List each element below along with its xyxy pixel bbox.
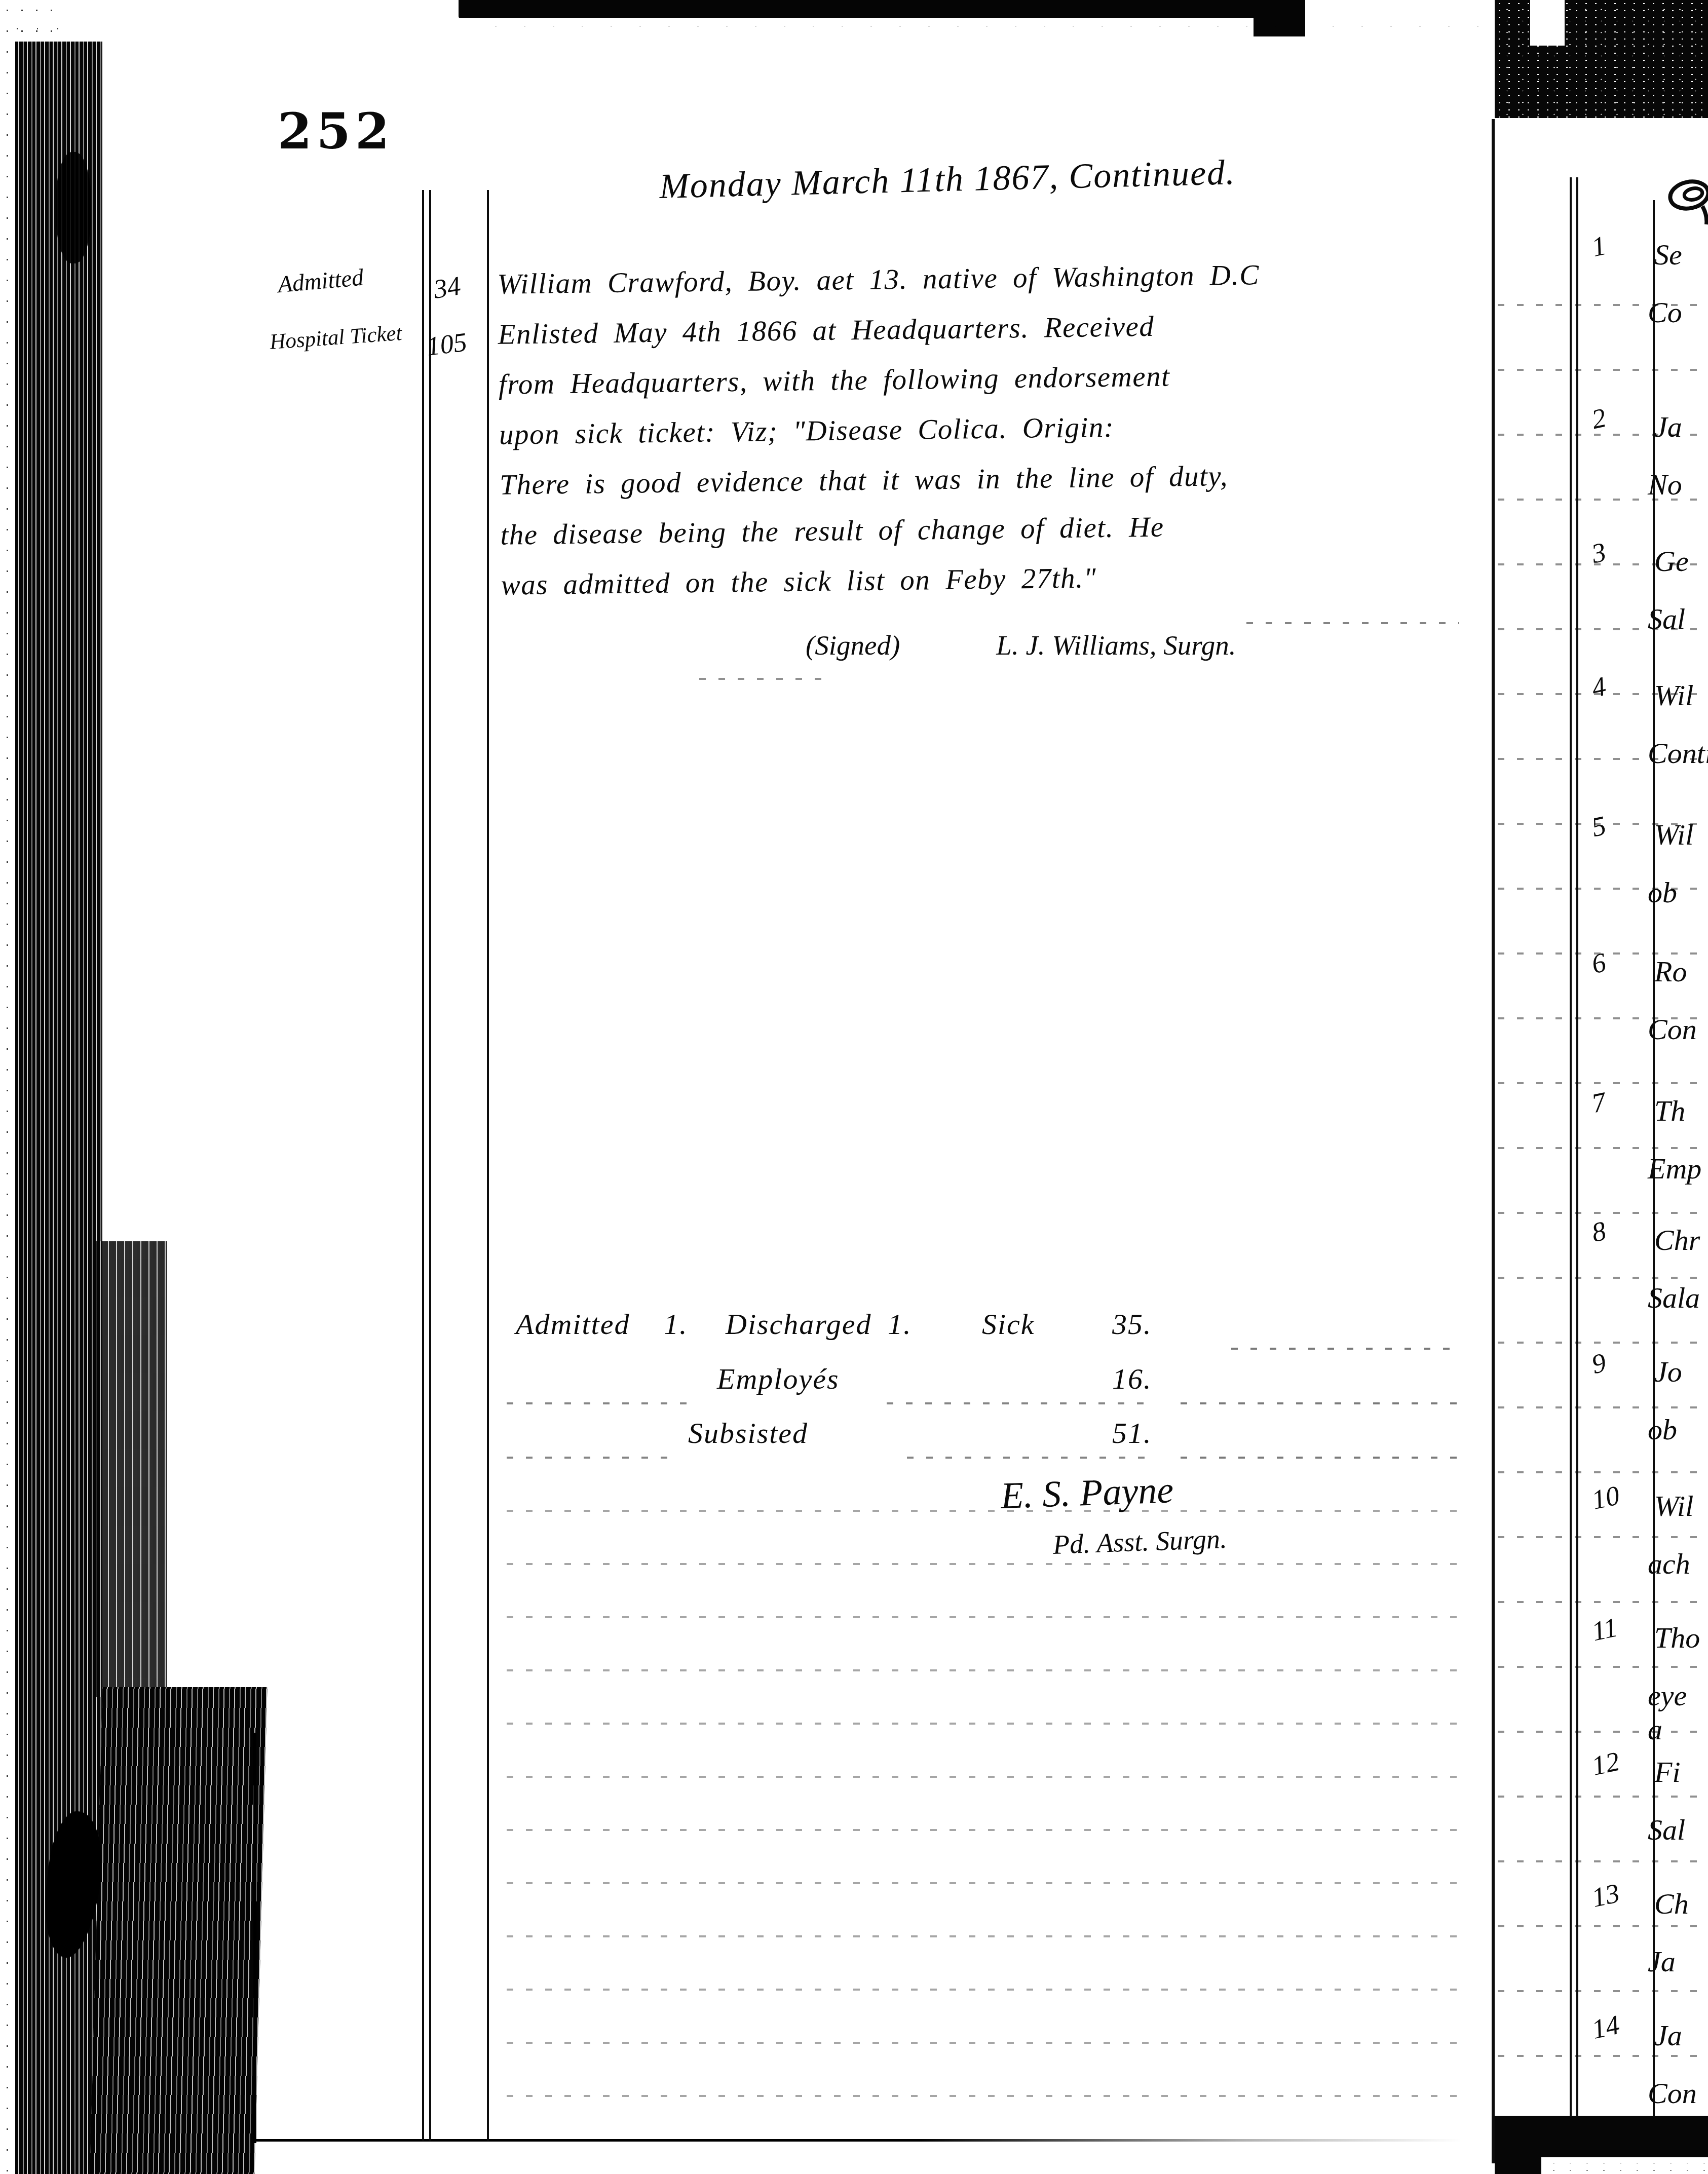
summary-subsisted-value: 51.: [1112, 1416, 1152, 1450]
scan-corner-notch: [1530, 0, 1565, 46]
entry-line1-fragment: Th: [1654, 1094, 1685, 1128]
margin-note-admitted: Admitted: [277, 264, 365, 299]
dotted-rule-line: [1498, 1536, 1708, 1538]
book-page-edges-mid: [96, 1241, 167, 1697]
dotted-rule-line: [1498, 369, 1708, 371]
dotted-rule-line: [1231, 1348, 1459, 1350]
facing-page-entry: 12 Fi Sal: [1571, 1748, 1708, 1870]
dotted-rule-line: [1498, 952, 1708, 955]
dotted-rule-line: [507, 1669, 1459, 1671]
entry-line2-fragment: Emp: [1648, 1152, 1701, 1186]
entry-line2-fragment: Ja: [1648, 1944, 1676, 1978]
scan-border-bottom-strip: [1495, 2157, 1541, 2174]
entry-line1-fragment: Tho: [1654, 1621, 1700, 1655]
dotted-rule-line: [1498, 1796, 1708, 1798]
entry-number: 9: [1589, 1347, 1609, 1380]
heading-flourish-glyph: [1667, 175, 1708, 225]
scan-border-corner: [1495, 0, 1708, 118]
dotted-rule-line: [1498, 1082, 1708, 1084]
entry-line1-fragment: Chr: [1654, 1223, 1700, 1257]
summary-discharged-value: 1.: [888, 1307, 912, 1341]
hospital-ticket-number-top: 34: [432, 271, 463, 305]
entry-number: 6: [1589, 946, 1609, 980]
summary-employes-value: 16.: [1112, 1362, 1152, 1396]
summary-discharged-label: Discharged: [726, 1307, 871, 1341]
dotted-rule-line: [507, 1510, 1459, 1512]
dotted-rule-line: [907, 1457, 1150, 1459]
dotted-rule-line: [1498, 1406, 1708, 1408]
dotted-rule-line: [507, 1776, 1459, 1778]
left-page-rule-2: [429, 190, 431, 2141]
entry-number: 13: [1589, 1877, 1622, 1914]
entry-line1-fragment: Ja: [1654, 2018, 1682, 2052]
scan-noise-bottom: [1545, 2159, 1707, 2171]
entry-line2-fragment: Conti: [1648, 736, 1708, 770]
entry-line2-fragment: eye a: [1648, 1679, 1708, 1746]
facing-page-entry: 10 Wil ach: [1571, 1482, 1708, 1604]
page-number: 252: [278, 102, 394, 160]
entry-line2-fragment: ach: [1648, 1547, 1690, 1581]
facing-page-entry: 11 Tho eye a: [1571, 1614, 1708, 1735]
left-page-rule-1: [422, 190, 424, 2141]
facing-page-entry: 4 Wil Conti: [1571, 671, 1708, 793]
signed-prefix: (Signed): [806, 630, 900, 661]
ledger-scan: 252 Monday March 11th 1867, Continued. A…: [0, 0, 1708, 2174]
entry-number: 10: [1589, 1479, 1622, 1516]
dotted-rule-line: [507, 1989, 1459, 1991]
summary-employes-label: Employés: [717, 1362, 840, 1396]
summary-admitted-label: Admitted: [516, 1307, 630, 1341]
entry-line1-fragment: Ge: [1654, 544, 1689, 578]
right-page-edge-line: [1492, 119, 1495, 2163]
entry-line2-fragment: ob: [1648, 875, 1677, 909]
entry-line1-fragment: Wil: [1654, 678, 1693, 712]
dotted-rule-line: [507, 1402, 699, 1404]
entry-number: 12: [1589, 1745, 1622, 1782]
entry-line2-fragment: Co: [1648, 295, 1682, 329]
entry-line1-fragment: Ja: [1654, 410, 1682, 444]
dotted-rule-line: [1498, 304, 1708, 306]
dotted-rule-line: [1246, 622, 1459, 624]
patient-entry-text: William Crawford, Boy. aet 13. native of…: [497, 247, 1474, 610]
entry-line2-fragment: Con: [1648, 2076, 1697, 2110]
dotted-rule-line: [1498, 1601, 1708, 1603]
dotted-rule-line: [1498, 888, 1708, 890]
entry-line1-fragment: Ro: [1654, 955, 1687, 988]
dotted-rule-line: [1498, 1925, 1708, 1927]
signed-line: (Signed)L. J. Williams, Surgn.: [806, 629, 1236, 661]
entry-line2-fragment: Sala: [1648, 1281, 1700, 1315]
dotted-rule-line: [1498, 1017, 1708, 1019]
entry-number: 1: [1589, 230, 1609, 263]
dotted-rule-line: [1498, 1990, 1708, 1992]
dotted-rule-line: [1498, 1342, 1708, 1344]
dotted-rule-line: [507, 2042, 1459, 2044]
facing-page-entry: 1 Se Co: [1571, 231, 1708, 352]
entry-number: 11: [1589, 1611, 1620, 1647]
officer-signature-title: Pd. Asst. Surgn.: [1052, 1523, 1228, 1560]
summary-admitted-value: 1.: [664, 1307, 688, 1341]
dotted-rule-line: [1498, 758, 1708, 760]
dotted-rule-line: [507, 1563, 1459, 1565]
entry-line1-fragment: Wil: [1654, 1489, 1693, 1523]
facing-page-entry: 3 Ge Sal: [1571, 537, 1708, 659]
dotted-rule-line: [507, 1829, 1459, 1831]
entry-number: 4: [1589, 670, 1609, 704]
left-page-edge-line: [253, 1733, 256, 2143]
dotted-rule-line: [699, 678, 831, 680]
dotted-rule-line: [1498, 693, 1708, 695]
summary-subsisted-label: Subsisted: [688, 1416, 808, 1450]
dotted-rule-line: [1498, 1471, 1708, 1473]
dotted-rule-line: [1498, 823, 1708, 825]
dotted-rule-line: [1498, 499, 1708, 501]
dotted-rule-line: [1498, 563, 1708, 565]
dotted-rule-line: [507, 2095, 1459, 2097]
dotted-rule-line: [1498, 1212, 1708, 1214]
entry-number: 7: [1589, 1086, 1609, 1119]
entry-number: 2: [1589, 402, 1609, 435]
summary-sick-label: Sick: [982, 1307, 1035, 1341]
entry-line2-fragment: Sal: [1648, 602, 1685, 636]
dotted-rule-line: [1498, 1731, 1708, 1733]
surgeon-signature: L. J. Williams, Surgn.: [996, 630, 1236, 661]
dotted-rule-line: [507, 1935, 1459, 1937]
book-page-edges-bottom: [90, 1687, 267, 2174]
facing-page-entry: 14 Ja Con: [1571, 2011, 1708, 2133]
dotted-rule-line: [1181, 1402, 1459, 1404]
date-heading: Monday March 11th 1867, Continued.: [511, 149, 1383, 211]
dotted-rule-line: [507, 1616, 1459, 1618]
entry-line1-fragment: Jo: [1654, 1355, 1682, 1389]
entry-line1-fragment: Se: [1654, 238, 1682, 272]
dotted-rule-line: [1498, 2055, 1708, 2057]
entry-line2-fragment: No: [1648, 468, 1682, 502]
scan-border-top: [459, 0, 1262, 18]
margin-note-hospital-ticket: Hospital Ticket: [269, 321, 403, 355]
ink-blot-small: [56, 152, 91, 263]
hospital-ticket-number-bottom: 105: [425, 327, 469, 362]
facing-page-entry: 6 Ro Con: [1571, 947, 1708, 1069]
facing-page-entry: 13 Ch Ja: [1571, 1880, 1708, 2001]
dotted-rule-line: [1498, 1277, 1708, 1279]
dotted-rule-line: [1498, 1147, 1708, 1149]
dotted-rule-line: [1181, 1457, 1459, 1459]
entry-number: 5: [1589, 810, 1609, 843]
facing-page-entry: 2 Ja No: [1571, 403, 1708, 524]
dotted-rule-line: [1498, 1666, 1708, 1668]
entry-line2-fragment: Sal: [1648, 1813, 1685, 1847]
left-page-rule-3: [487, 190, 489, 2141]
dotted-rule-line: [507, 1457, 674, 1459]
summary-sick-value: 35.: [1112, 1307, 1152, 1341]
dotted-rule-line: [1498, 434, 1708, 436]
dotted-rule-line: [1498, 628, 1708, 630]
entry-line1-fragment: Fi: [1654, 1755, 1681, 1789]
dotted-rule-line: [887, 1402, 1150, 1404]
entry-line1-fragment: Ch: [1654, 1887, 1689, 1921]
entry-number: 14: [1589, 2009, 1622, 2045]
scan-noise-top: [481, 20, 1485, 34]
entry-number: 8: [1589, 1215, 1609, 1248]
dotted-rule-line: [1498, 1860, 1708, 1862]
entry-line2-fragment: ob: [1648, 1413, 1677, 1446]
page-bottom-edge-line: [256, 2139, 1462, 2142]
facing-page-entry: 5 Wil ob: [1571, 811, 1708, 932]
dotted-rule-line: [507, 1882, 1459, 1884]
dotted-rule-line: [507, 1723, 1459, 1725]
facing-page-entry: 9 Jo ob: [1571, 1348, 1708, 1469]
